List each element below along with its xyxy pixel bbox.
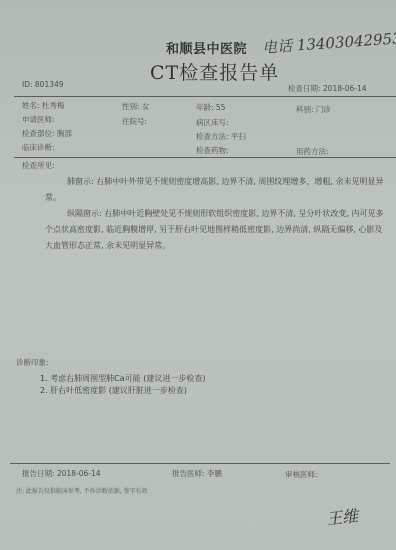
disclaimer-note: 注: 此报告仅供临床参考, 不作诊断依据, 签字有效 — [16, 486, 148, 495]
patient-department: 科别: 门诊 — [296, 104, 331, 115]
exam-drug: 检查药物: — [196, 145, 229, 156]
exam-date: 检查日期: 2018-06-14 — [288, 83, 367, 94]
requesting-doctor: 申请医师: — [22, 114, 55, 125]
report-title: CT检查报告单 — [150, 58, 279, 85]
impression-item-1: 1. 考虑右肺周围型肺Ca可能 (建议进一步检查) — [40, 373, 205, 384]
report-date: 报告日期: 2018-06-14 — [22, 468, 101, 479]
findings-text: 肺窗示: 右肺中叶外带见不规则密度增高影, 边界不清, 周围纹理增多、增粗, 余… — [45, 174, 385, 254]
divider-top — [14, 96, 396, 97]
hospital-name: 和顺县中医院 — [166, 38, 247, 57]
patient-age: 年龄: 55 — [196, 102, 225, 113]
ward-bed-number: 病区床号: — [196, 117, 229, 128]
drug-method: 用药方法: — [296, 146, 329, 157]
ct-report-sheet: 和顺县中医院 电话 13403042953 CT检查报告单 ID: 801349… — [0, 0, 396, 550]
admission-number: 住院号: — [122, 116, 147, 127]
exam-method: 检查方法: 平扫 — [196, 131, 246, 142]
findings-label: 检查所见: — [22, 160, 55, 171]
clinical-diagnosis: 临床诊断: — [22, 142, 55, 153]
patient-name: 姓名: 杜秀梅 — [22, 100, 64, 111]
report-doctor: 报告医师: 李鹏 — [172, 468, 222, 479]
patient-gender: 性别: 女 — [122, 101, 149, 112]
divider-footer — [10, 463, 390, 464]
divider-patient — [14, 157, 396, 158]
findings-mediastinal-window: 纵隔窗示: 右肺中叶近胸壁处见不规则形软组织密度影, 边界不清, 呈分叶状改变,… — [45, 206, 385, 254]
patient-id: ID: 801349 — [22, 80, 64, 89]
review-signature: 王维 — [325, 503, 359, 529]
exam-site: 检查部位: 胸部 — [22, 128, 72, 139]
findings-lung-window: 肺窗示: 右肺中叶外带见不规则密度增高影, 边界不清, 周围纹理增多、增粗, 余… — [45, 174, 385, 206]
impression-label: 诊断印象: — [16, 357, 49, 368]
impression-item-2: 2. 肝右叶低密度影 (建议肝脏进一步检查) — [40, 385, 187, 396]
review-doctor: 审核医师: — [285, 469, 318, 480]
handwritten-phone: 电话 13403042953 — [261, 27, 396, 58]
